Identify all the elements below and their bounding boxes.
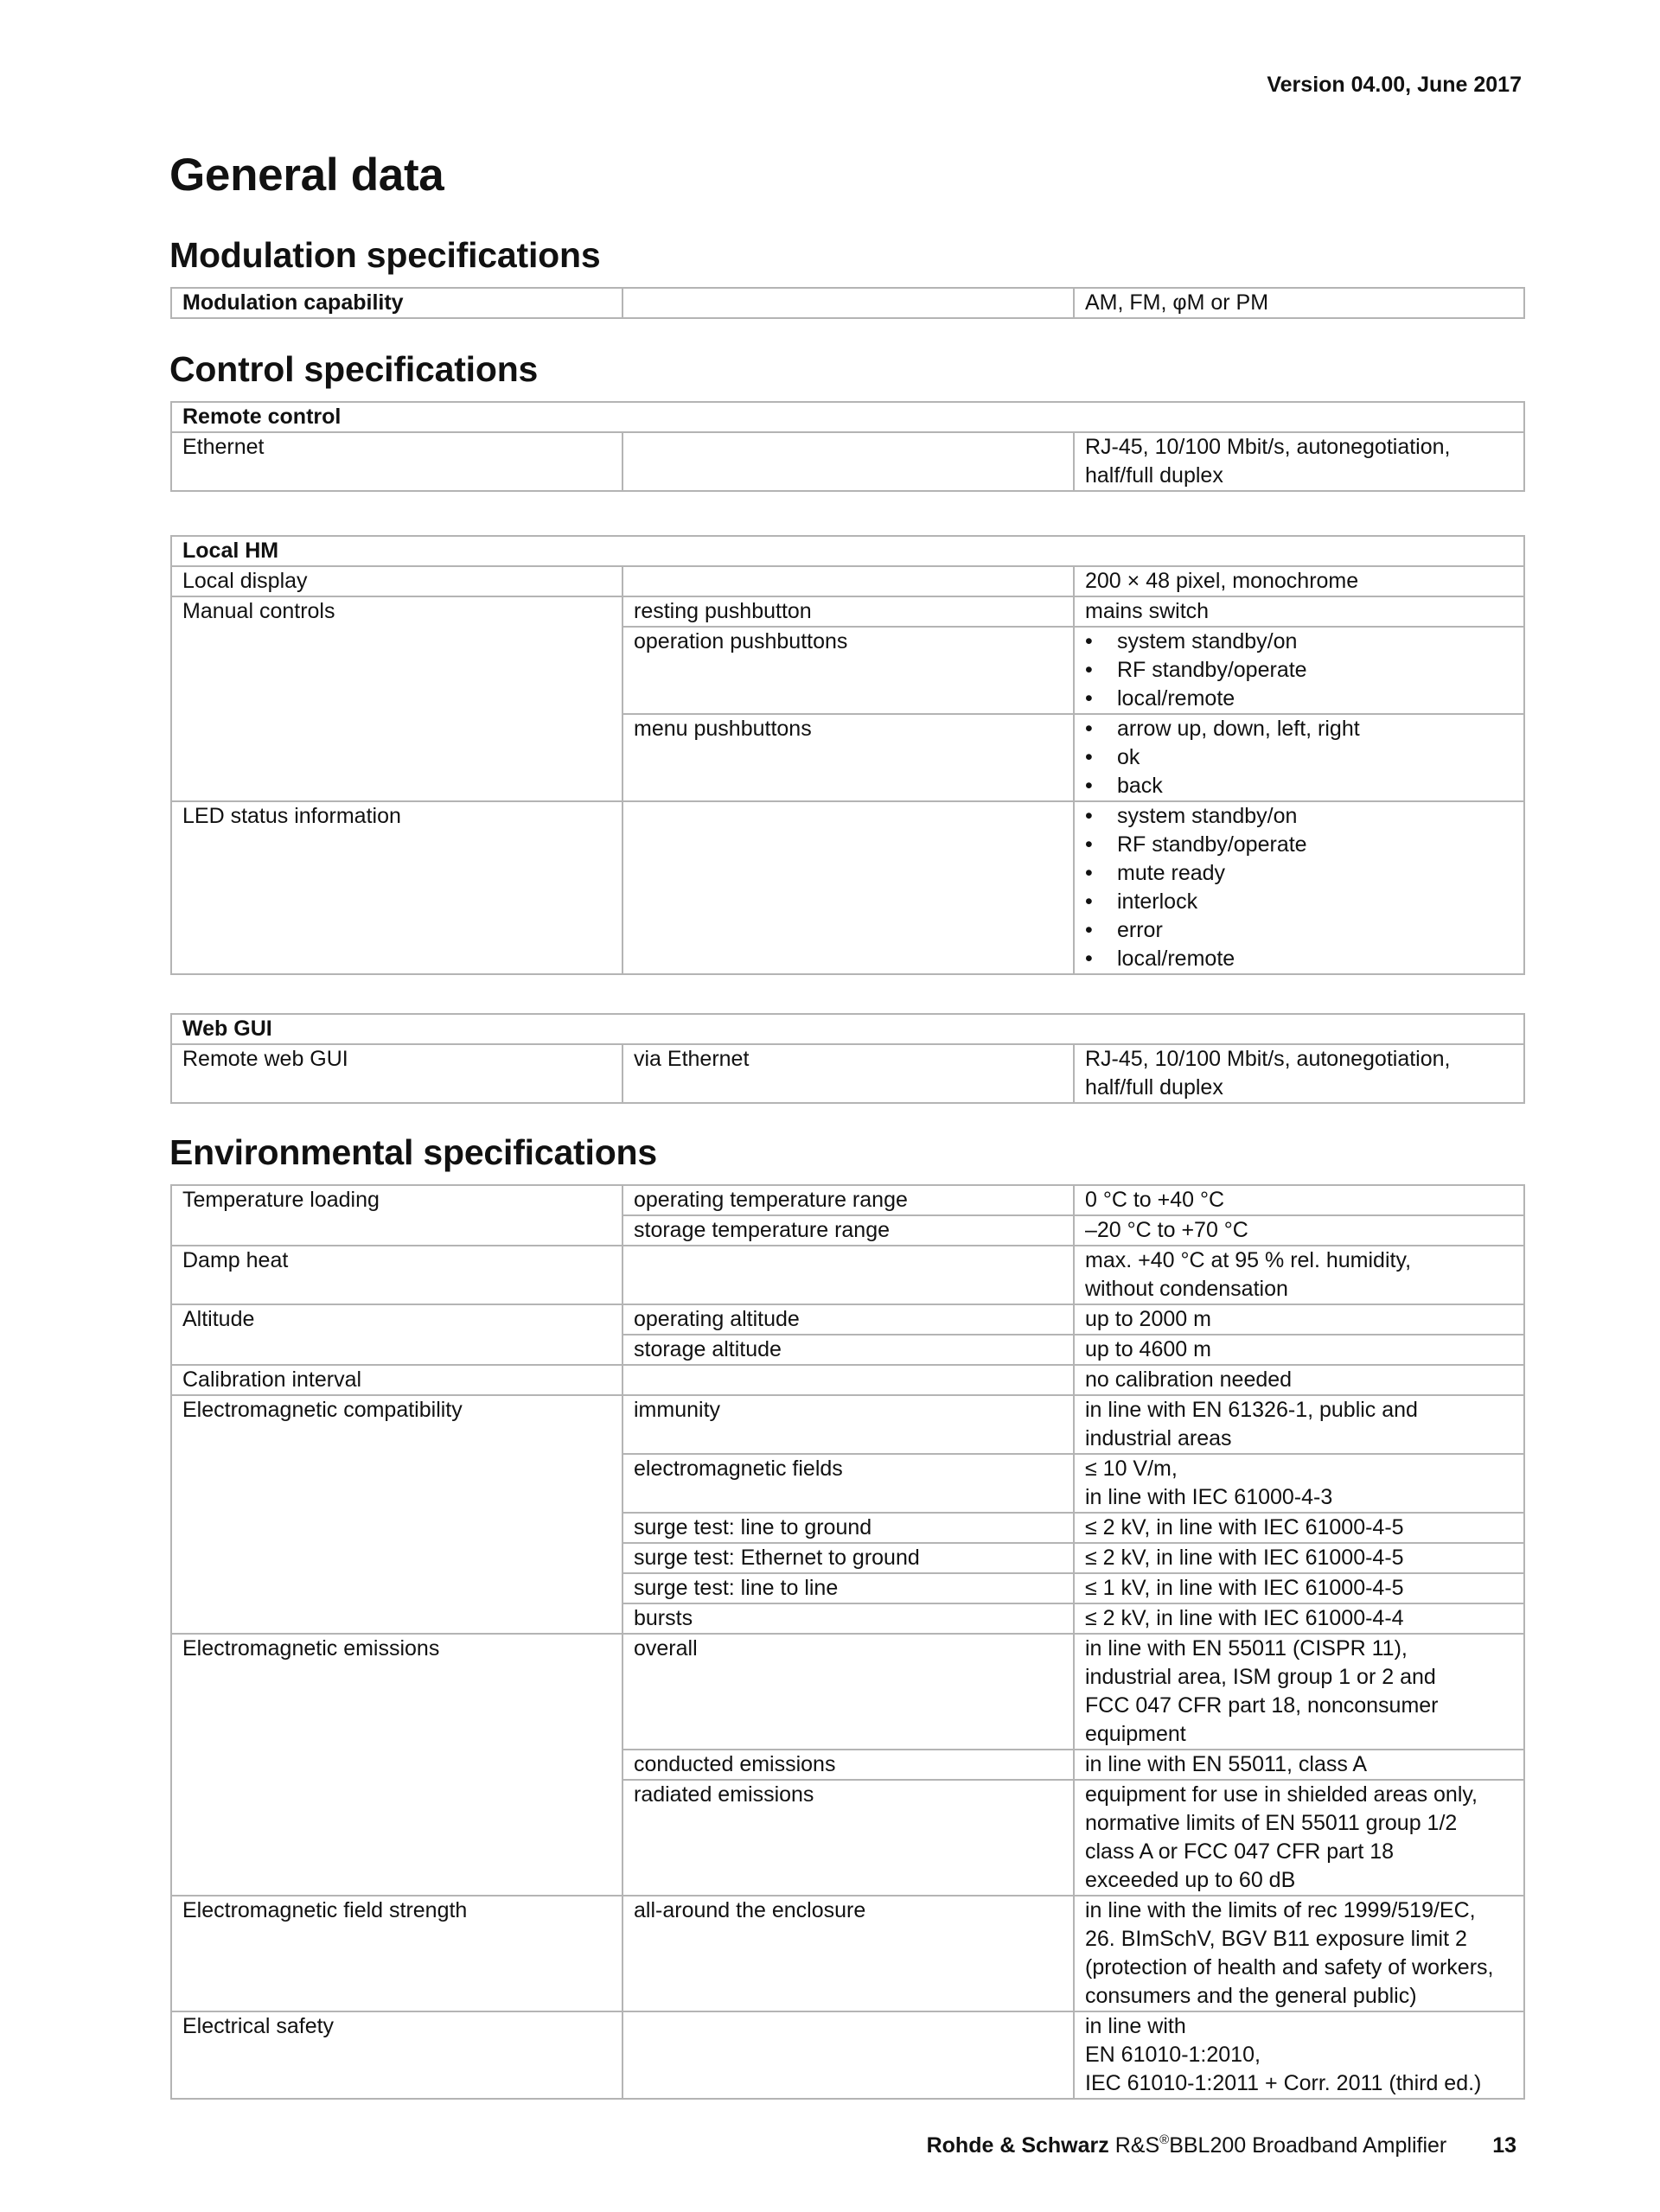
registered-mark: ® (1159, 2132, 1169, 2147)
spec-label: LED status information (171, 801, 622, 974)
table-row: Electromagnetic field strength all-aroun… (171, 1896, 1524, 2011)
spec-param: resting pushbutton (622, 596, 1074, 627)
spec-param: operation pushbuttons (622, 627, 1074, 714)
spec-value: ≤ 2 kV, in line with IEC 61000-4-4 (1074, 1603, 1524, 1634)
spec-label: Remote web GUI (171, 1044, 622, 1103)
list-item: arrow up, down, left, right (1085, 715, 1523, 743)
spec-param (622, 1365, 1074, 1395)
spec-value: ≤ 1 kV, in line with IEC 61000-4-5 (1074, 1573, 1524, 1603)
spec-param: all-around the enclosure (622, 1896, 1074, 2011)
spec-param: menu pushbuttons (622, 714, 1074, 801)
list-item: interlock (1085, 888, 1523, 916)
document-version: Version 04.00, June 2017 (1267, 73, 1522, 98)
value-line: (protection of health and safety of work… (1085, 1954, 1523, 1982)
spec-value: up to 2000 m (1074, 1304, 1524, 1335)
spec-label: Electromagnetic compatibility (171, 1395, 622, 1634)
spec-param: storage temperature range (622, 1215, 1074, 1246)
local-hm-table: Local HM Local display 200 × 48 pixel, m… (170, 535, 1525, 975)
list-item: system standby/on (1085, 802, 1523, 831)
list-item: ok (1085, 743, 1523, 772)
table-group-row: Web GUI (171, 1014, 1524, 1044)
spec-value: 200 × 48 pixel, monochrome (1074, 566, 1524, 596)
spec-label: Modulation capability (171, 288, 622, 318)
spec-param (622, 432, 1074, 491)
value-line: half/full duplex (1085, 462, 1523, 490)
spec-param: surge test: line to ground (622, 1513, 1074, 1543)
spec-param: via Ethernet (622, 1044, 1074, 1103)
value-line: in line with IEC 61000-4-3 (1085, 1483, 1523, 1512)
table-row: Temperature loading operating temperatur… (171, 1185, 1524, 1215)
list-item: RF standby/operate (1085, 831, 1523, 859)
spec-label: Local display (171, 566, 622, 596)
footer-product-prefix: R&S (1115, 2133, 1159, 2158)
value-line: max. +40 °C at 95 % rel. humidity, (1085, 1246, 1523, 1275)
spec-value: AM, FM, φM or PM (1074, 288, 1524, 318)
list-item: system standby/on (1085, 628, 1523, 656)
spec-param: surge test: Ethernet to ground (622, 1543, 1074, 1573)
spec-param: electromagnetic fields (622, 1454, 1074, 1513)
spec-value: up to 4600 m (1074, 1335, 1524, 1365)
spec-value: RJ-45, 10/100 Mbit/s, autonegotiation, h… (1074, 1044, 1524, 1103)
spec-param: surge test: line to line (622, 1573, 1074, 1603)
spec-param: immunity (622, 1395, 1074, 1454)
spec-value: 0 °C to +40 °C (1074, 1185, 1524, 1215)
value-line: RJ-45, 10/100 Mbit/s, autonegotiation, (1085, 433, 1523, 462)
spec-value: no calibration needed (1074, 1365, 1524, 1395)
spec-value: ≤ 10 V/m, in line with IEC 61000-4-3 (1074, 1454, 1524, 1513)
group-heading-web-gui: Web GUI (171, 1014, 1524, 1044)
value-line: IEC 61010-1:2011 + Corr. 2011 (third ed.… (1085, 2069, 1523, 2098)
spec-value: equipment for use in shielded areas only… (1074, 1780, 1524, 1896)
spec-value: mains switch (1074, 596, 1524, 627)
value-line: FCC 047 CFR part 18, nonconsumer (1085, 1692, 1523, 1720)
spec-param: conducted emissions (622, 1750, 1074, 1780)
list-item: local/remote (1085, 945, 1523, 973)
table-row: LED status information system standby/on… (171, 801, 1524, 974)
environmental-table: Temperature loading operating temperatur… (170, 1184, 1525, 2100)
page-footer: Rohde & Schwarz R&S®BBL200 Broadband Amp… (927, 2133, 1516, 2158)
spec-param: storage altitude (622, 1335, 1074, 1365)
value-line: ≤ 10 V/m, (1085, 1455, 1523, 1483)
spec-param (622, 288, 1074, 318)
group-heading-local-hm: Local HM (171, 536, 1524, 566)
table-group-row: Local HM (171, 536, 1524, 566)
spec-param: bursts (622, 1603, 1074, 1634)
table-row: Manual controls resting pushbutton mains… (171, 596, 1524, 627)
spec-label: Damp heat (171, 1246, 622, 1304)
spec-param: operating altitude (622, 1304, 1074, 1335)
spec-param: overall (622, 1634, 1074, 1750)
spec-value: RJ-45, 10/100 Mbit/s, autonegotiation, h… (1074, 432, 1524, 491)
bullet-list: system standby/on RF standby/operate mut… (1085, 802, 1523, 973)
spec-label: Ethernet (171, 432, 622, 491)
value-line: in line with (1085, 2012, 1523, 2041)
value-line: without condensation (1085, 1275, 1523, 1304)
spec-param (622, 566, 1074, 596)
spec-value: ≤ 2 kV, in line with IEC 61000-4-5 (1074, 1513, 1524, 1543)
list-item: local/remote (1085, 685, 1523, 713)
value-line: in line with EN 61326-1, public and (1085, 1396, 1523, 1425)
value-line: RJ-45, 10/100 Mbit/s, autonegotiation, (1085, 1045, 1523, 1074)
spec-param (622, 801, 1074, 974)
value-line: equipment for use in shielded areas only… (1085, 1781, 1523, 1809)
table-row: Electromagnetic compatibility immunity i… (171, 1395, 1524, 1454)
value-line: class A or FCC 047 CFR part 18 (1085, 1838, 1523, 1866)
value-line: half/full duplex (1085, 1074, 1523, 1102)
section-title-modulation: Modulation specifications (169, 235, 600, 276)
spec-value: in line with the limits of rec 1999/519/… (1074, 1896, 1524, 2011)
table-row: Remote web GUI via Ethernet RJ-45, 10/10… (171, 1044, 1524, 1103)
table-row: Electromagnetic emissions overall in lin… (171, 1634, 1524, 1750)
spec-value: in line with EN 55011 (CISPR 11), indust… (1074, 1634, 1524, 1750)
value-line: exceeded up to 60 dB (1085, 1866, 1523, 1895)
spec-label: Temperature loading (171, 1185, 622, 1246)
spec-label: Calibration interval (171, 1365, 622, 1395)
list-item: back (1085, 772, 1523, 800)
section-title-control: Control specifications (169, 349, 538, 390)
value-line: industrial area, ISM group 1 or 2 and (1085, 1663, 1523, 1692)
section-title-environmental: Environmental specifications (169, 1132, 657, 1173)
list-item: error (1085, 916, 1523, 945)
page-number: 13 (1492, 2133, 1516, 2158)
bullet-list: system standby/on RF standby/operate loc… (1085, 628, 1523, 713)
value-line: consumers and the general public) (1085, 1982, 1523, 2011)
spec-label: Altitude (171, 1304, 622, 1365)
spec-param (622, 2011, 1074, 2099)
table-row: Modulation capability AM, FM, φM or PM (171, 288, 1524, 318)
table-row: Electrical safety in line with EN 61010-… (171, 2011, 1524, 2099)
table-row: Local display 200 × 48 pixel, monochrome (171, 566, 1524, 596)
page-title: General data (169, 149, 444, 201)
table-row: Calibration interval no calibration need… (171, 1365, 1524, 1395)
remote-control-table: Remote control Ethernet RJ-45, 10/100 Mb… (170, 401, 1525, 492)
modulation-table: Modulation capability AM, FM, φM or PM (170, 287, 1525, 319)
value-line: in line with EN 55011 (CISPR 11), (1085, 1635, 1523, 1663)
list-item: mute ready (1085, 859, 1523, 888)
value-line: normative limits of EN 55011 group 1/2 (1085, 1809, 1523, 1838)
spec-value: in line with EN 55011, class A (1074, 1750, 1524, 1780)
bullet-list: arrow up, down, left, right ok back (1085, 715, 1523, 800)
spec-value: max. +40 °C at 95 % rel. humidity, witho… (1074, 1246, 1524, 1304)
table-row: Altitude operating altitude up to 2000 m (171, 1304, 1524, 1335)
spec-value: –20 °C to +70 °C (1074, 1215, 1524, 1246)
spec-label: Manual controls (171, 596, 622, 801)
spec-value: in line with EN 61010-1:2010, IEC 61010-… (1074, 2011, 1524, 2099)
value-line: in line with the limits of rec 1999/519/… (1085, 1896, 1523, 1925)
footer-product: BBL200 Broadband Amplifier (1169, 2133, 1446, 2158)
spec-value: arrow up, down, left, right ok back (1074, 714, 1524, 801)
value-line: equipment (1085, 1720, 1523, 1749)
table-row: Ethernet RJ-45, 10/100 Mbit/s, autonegot… (171, 432, 1524, 491)
table-row: Damp heat max. +40 °C at 95 % rel. humid… (171, 1246, 1524, 1304)
spec-value: system standby/on RF standby/operate mut… (1074, 801, 1524, 974)
web-gui-table: Web GUI Remote web GUI via Ethernet RJ-4… (170, 1013, 1525, 1104)
spec-value: in line with EN 61326-1, public and indu… (1074, 1395, 1524, 1454)
list-item: RF standby/operate (1085, 656, 1523, 685)
spec-label: Electrical safety (171, 2011, 622, 2099)
spec-label: Electromagnetic field strength (171, 1896, 622, 2011)
spec-value: system standby/on RF standby/operate loc… (1074, 627, 1524, 714)
table-group-row: Remote control (171, 402, 1524, 432)
spec-param (622, 1246, 1074, 1304)
spec-param: radiated emissions (622, 1780, 1074, 1896)
value-line: 26. BImSchV, BGV B11 exposure limit 2 (1085, 1925, 1523, 1954)
value-line: industrial areas (1085, 1425, 1523, 1453)
spec-param: operating temperature range (622, 1185, 1074, 1215)
footer-company: Rohde & Schwarz (927, 2133, 1109, 2158)
spec-label: Electromagnetic emissions (171, 1634, 622, 1896)
spec-value: ≤ 2 kV, in line with IEC 61000-4-5 (1074, 1543, 1524, 1573)
group-heading-remote-control: Remote control (171, 402, 1524, 432)
value-line: EN 61010-1:2010, (1085, 2041, 1523, 2069)
